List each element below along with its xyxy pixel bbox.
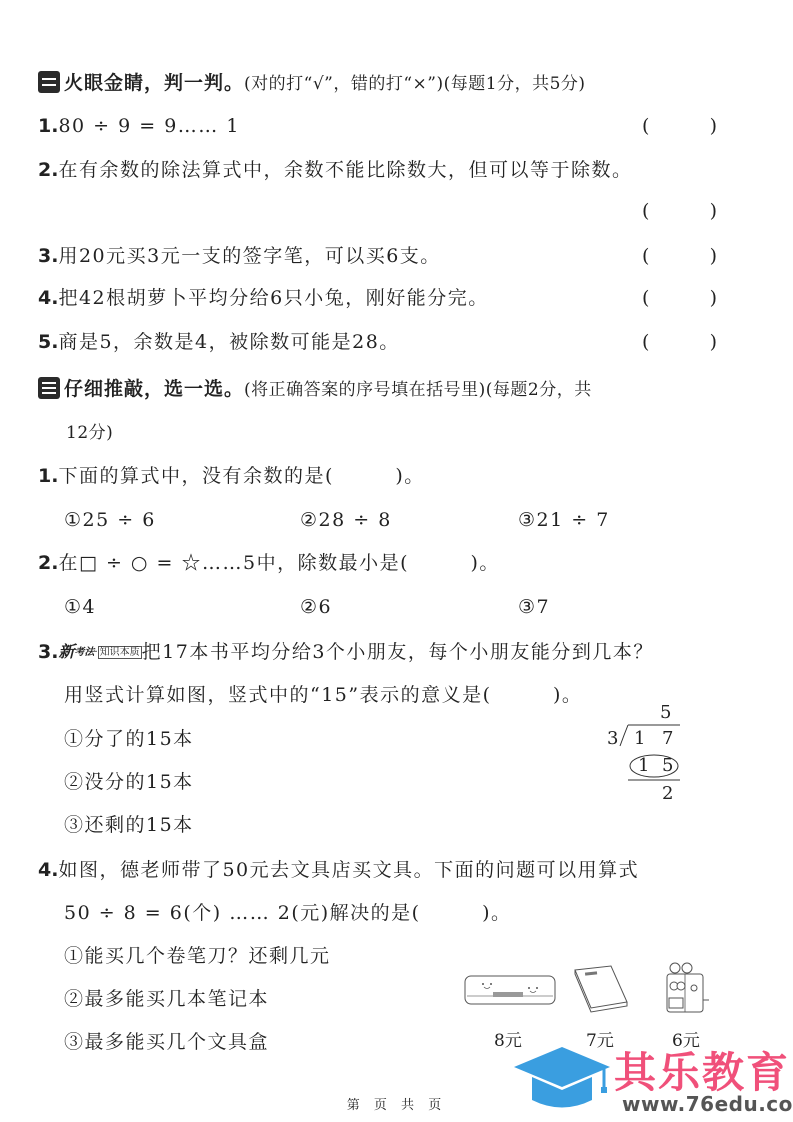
section-3-title: 仔细推敲，选一选。 — [64, 378, 244, 400]
choice-4-option-3: ③最多能买几个文具盒 — [64, 1029, 269, 1055]
choice-question-3: 3.新考法·知识本质把17本书平均分给3个小朋友，每个小朋友能分到几本？ — [38, 639, 654, 665]
judge-question-1: 1.80 ÷ 9 = 9…… 1 — [38, 113, 240, 139]
choice-2-option-2: ②6 — [300, 594, 332, 620]
divisor: 3 — [607, 728, 618, 749]
section-2-header: 火眼金睛，判一判。(对的打“√”，错的打“×”)(每题1分，共5分) — [38, 70, 586, 97]
choice-question-3-cont: 用竖式计算如图，竖式中的“15”表示的意义是( )。 — [64, 682, 582, 708]
choice-1-option-2: ②28 ÷ 8 — [300, 507, 392, 533]
section-number-two-icon — [38, 71, 60, 93]
judge-question-3: 3.用20元买3元一支的签字笔，可以买6支。 — [38, 243, 441, 269]
pencil-sharpener-icon — [663, 960, 713, 1018]
choice-3-option-2: ②没分的15本 — [64, 769, 194, 795]
judge-question-2: 2.在有余数的除法算式中，余数不能比除数大，但可以等于除数。 — [38, 157, 632, 183]
dividend-digit-1: 1 — [634, 728, 645, 749]
pencil-case-icon — [463, 972, 558, 1008]
dividend-digit-2: 7 — [662, 728, 673, 749]
judge-question-5: 5.商是5，余数是4，被除数可能是28。 — [38, 329, 400, 355]
choice-2-option-3: ③7 — [518, 594, 550, 620]
section-2-note: (对的打“√”，错的打“×”)(每题1分，共5分) — [244, 74, 586, 94]
choice-question-4: 4.如图，德老师带了50元去文具店买文具。下面的问题可以用算式 — [38, 857, 639, 883]
choice-question-2: 2.在□ ÷ ○ = ☆……5中，除数最小是( )。 — [38, 550, 500, 576]
notebook-icon — [571, 964, 631, 1014]
section-3-note: (将正确答案的序号填在括号里)(每题2分，共 — [244, 380, 592, 400]
choice-question-4-cont: 50 ÷ 8 = 6(个) …… 2(元)解决的是( )。 — [64, 900, 512, 926]
judge-question-4: 4.把42根胡萝卜平均分给6只小兔，刚好能分完。 — [38, 285, 489, 311]
new-exam-method-tag: 新考法·知识本质 — [58, 645, 141, 660]
choice-4-option-1: ①能买几个卷笔刀？还剩几元 — [64, 943, 331, 969]
section-2-title: 火眼金睛，判一判。 — [64, 72, 244, 94]
stationery-items: 8元 7元 6元 — [458, 960, 718, 1050]
choice-1-option-1: ①25 ÷ 6 — [64, 507, 156, 533]
remainder: 2 — [662, 783, 673, 804]
choice-1-option-3: ③21 ÷ 7 — [518, 507, 610, 533]
section-number-three-icon — [38, 377, 60, 399]
product-digit-1: 1 — [638, 755, 649, 776]
watermark-brand: 其乐教育 — [614, 1040, 790, 1100]
product-digit-2: 5 — [662, 755, 673, 776]
page-footer: 第 页 共 页 — [0, 1094, 793, 1113]
long-division-figure: 5 3 1 7 1 5 2 — [600, 700, 700, 810]
choice-3-option-1: ①分了的15本 — [64, 726, 194, 752]
choice-2-option-1: ①4 — [64, 594, 96, 620]
section-3-header: 仔细推敲，选一选。(将正确答案的序号填在括号里)(每题2分，共 — [38, 376, 592, 403]
section-3-note-cont: 12分) — [66, 420, 113, 446]
choice-question-1: 1.下面的算式中，没有余数的是( )。 — [38, 463, 425, 489]
choice-4-option-2: ②最多能买几本笔记本 — [64, 986, 269, 1012]
choice-3-option-3: ③还剩的15本 — [64, 812, 194, 838]
division-bracket — [600, 700, 700, 810]
